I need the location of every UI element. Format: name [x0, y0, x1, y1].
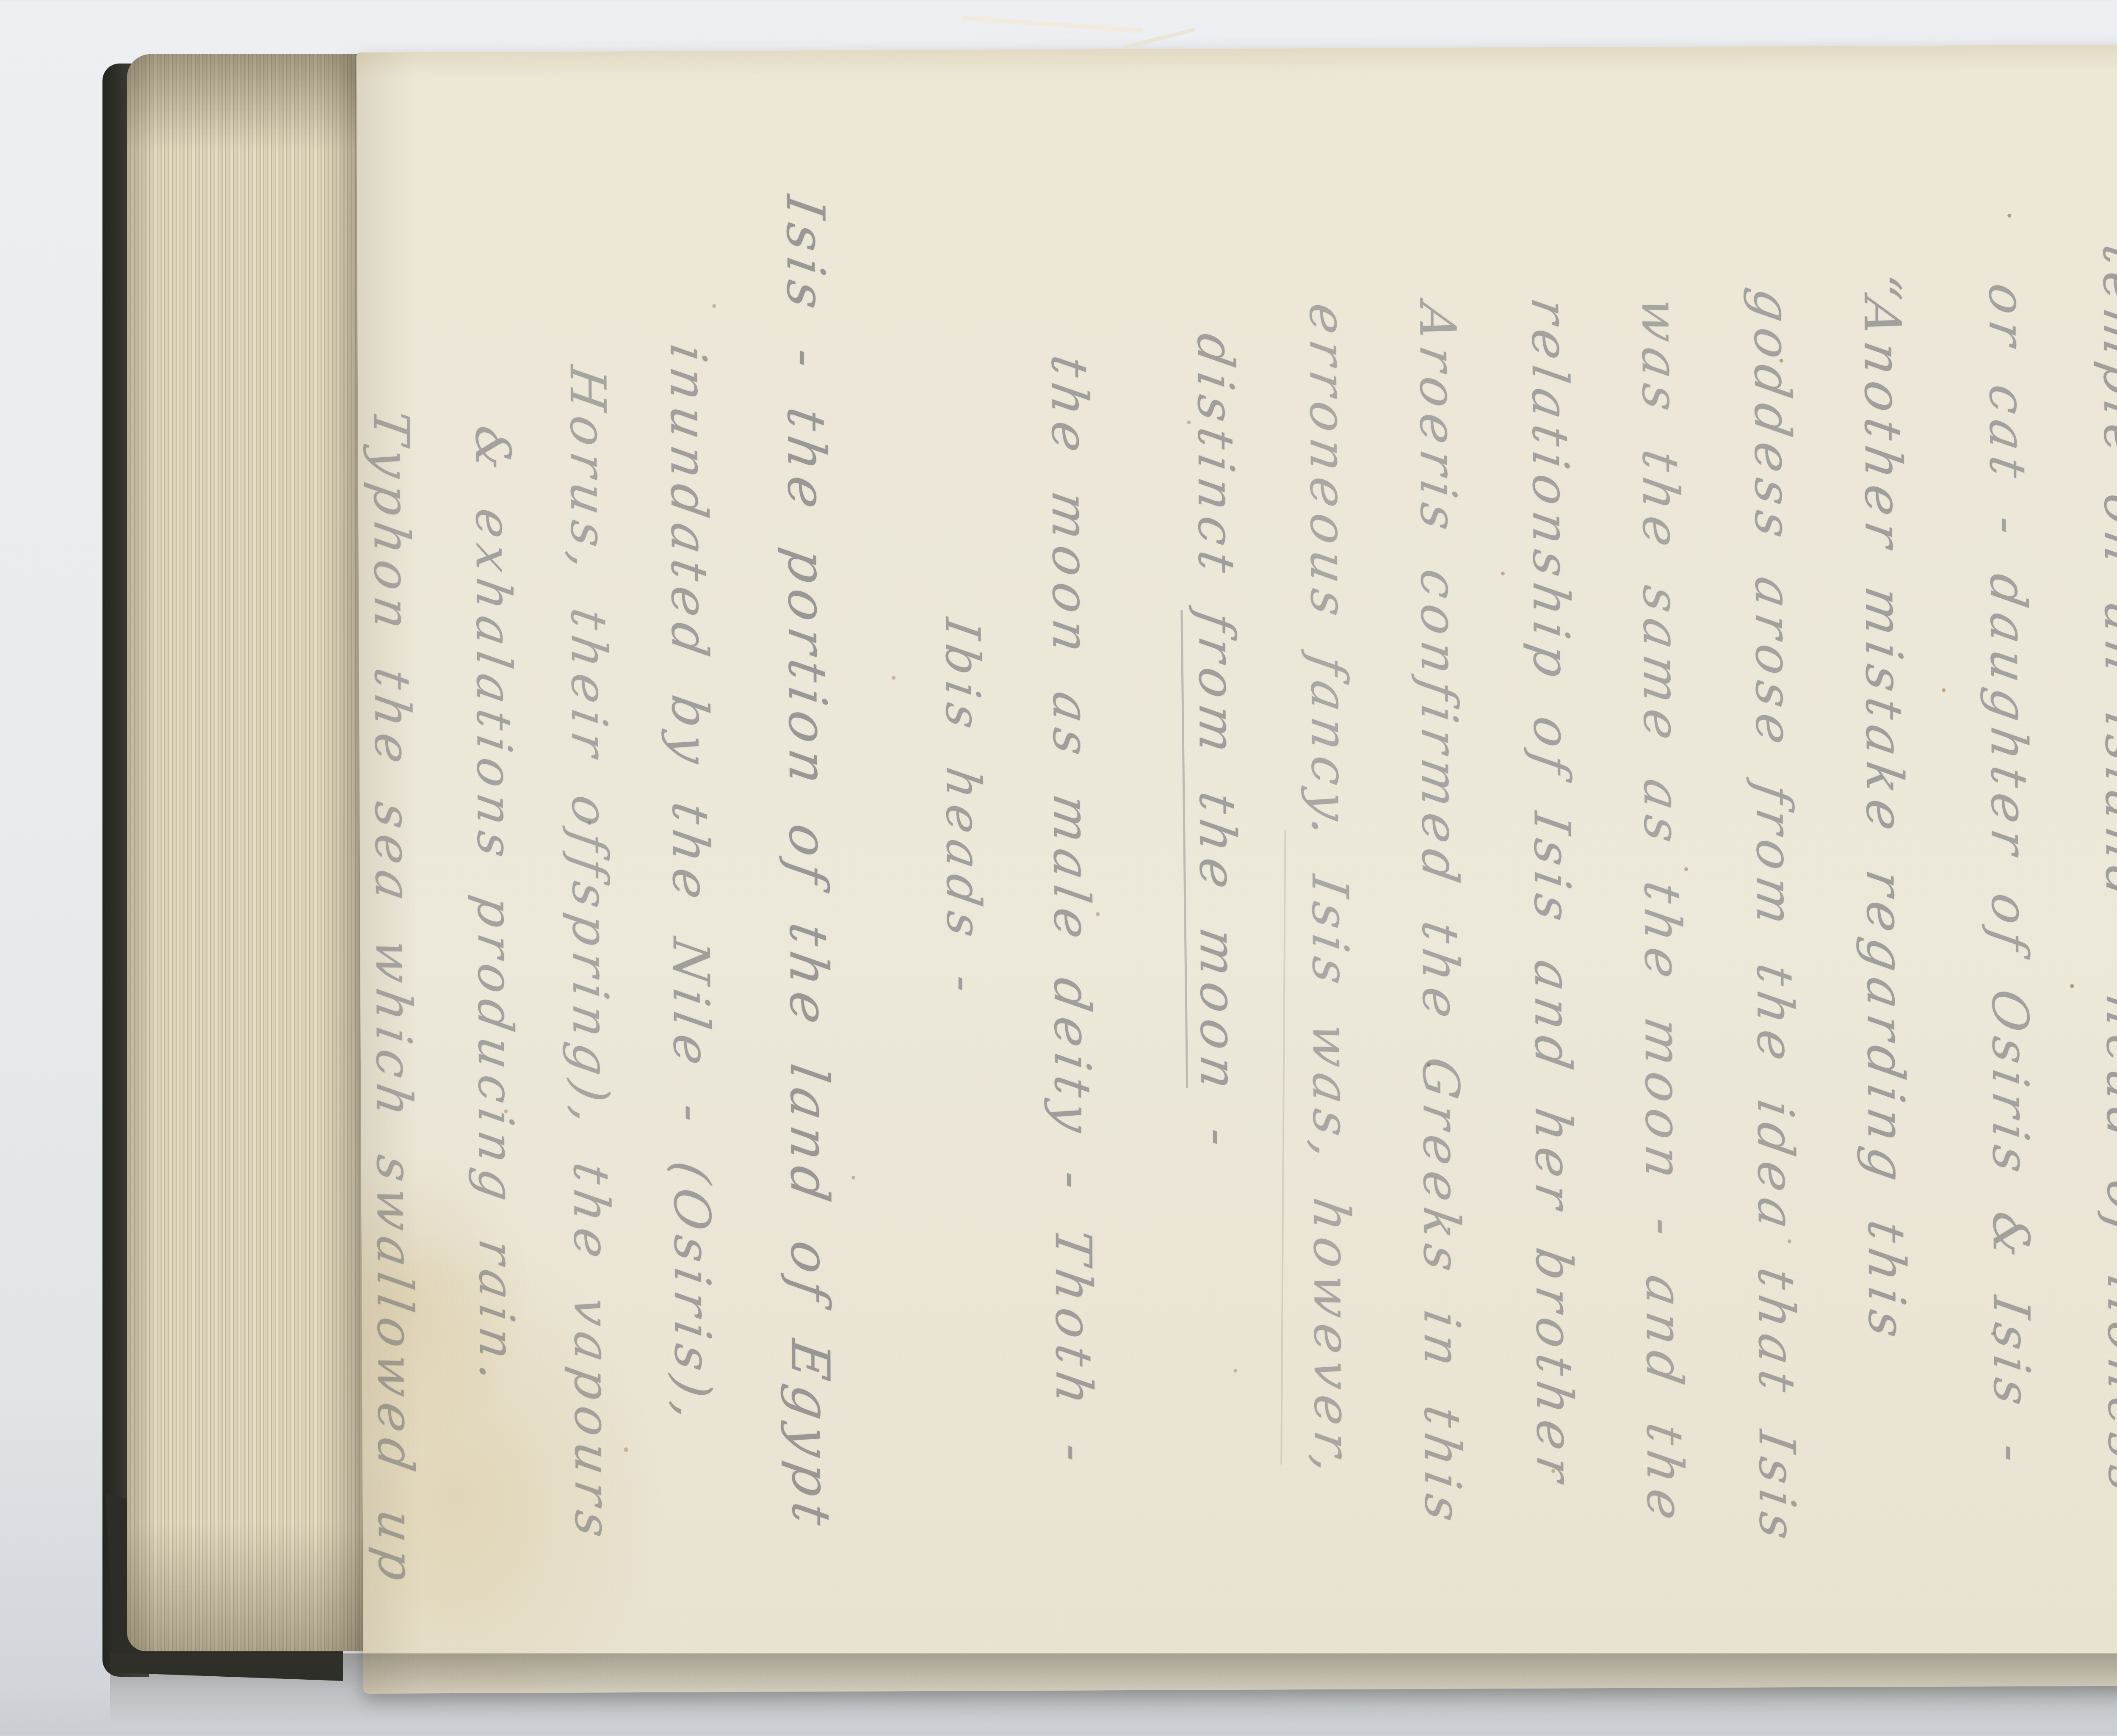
- handwritten-line: or cat - daughter of Osiris & Isis -: [1978, 280, 2041, 1473]
- handwritten-line: distinct from the moon -: [1186, 330, 1248, 1157]
- handwritten-line: relationship of Isis and her brother: [1520, 295, 1584, 1492]
- book-drop-shadow: [110, 1653, 2117, 1725]
- page-edges-shading: [127, 54, 375, 1651]
- handwritten-line: “Another mistake regarding this: [1852, 268, 1916, 1348]
- handwritten-line: Aroeris confirmed the Greeks in this: [1408, 299, 1472, 1532]
- handwritten-line: Horus, their offspring), the vapours: [559, 362, 621, 1548]
- handwritten-line: goddess arose from the idea that Isis: [1743, 285, 1807, 1550]
- handwritten-line: erroneous fancy. Isis was, however,: [1298, 300, 1362, 1484]
- handwritten-line: temple on an island - head of lioness: [2092, 241, 2117, 1504]
- binding-thread: [961, 16, 1143, 33]
- handwritten-line: Isis - the portion of the land of Egypt: [774, 192, 841, 1536]
- handwritten-line: was the same as the moon - and the: [1631, 294, 1694, 1531]
- photograph-of-notebook: { "notebook": { "description": "Open not…: [0, 0, 2117, 1736]
- stray-pencil-stroke: [1280, 829, 1286, 1465]
- handwritten-line: & exhalations producing rain.: [464, 422, 525, 1392]
- notebook-page: priestesses - of Amen - I - 169 - Bubast…: [357, 42, 2117, 1694]
- handwritten-line: Typhon the sea which swallowed up: [362, 406, 424, 1592]
- handwritten-line: inundated by the Nile - (Osiris),: [659, 341, 722, 1431]
- handwritten-line: Ibis heads -: [934, 615, 991, 1003]
- pencil-underline: [1180, 610, 1188, 1088]
- handwritten-line: the moon as male deity - Thoth -: [1040, 352, 1104, 1473]
- rotated-handwriting-area: priestesses - of Amen - I - 169 - Bubast…: [357, 104, 2117, 1660]
